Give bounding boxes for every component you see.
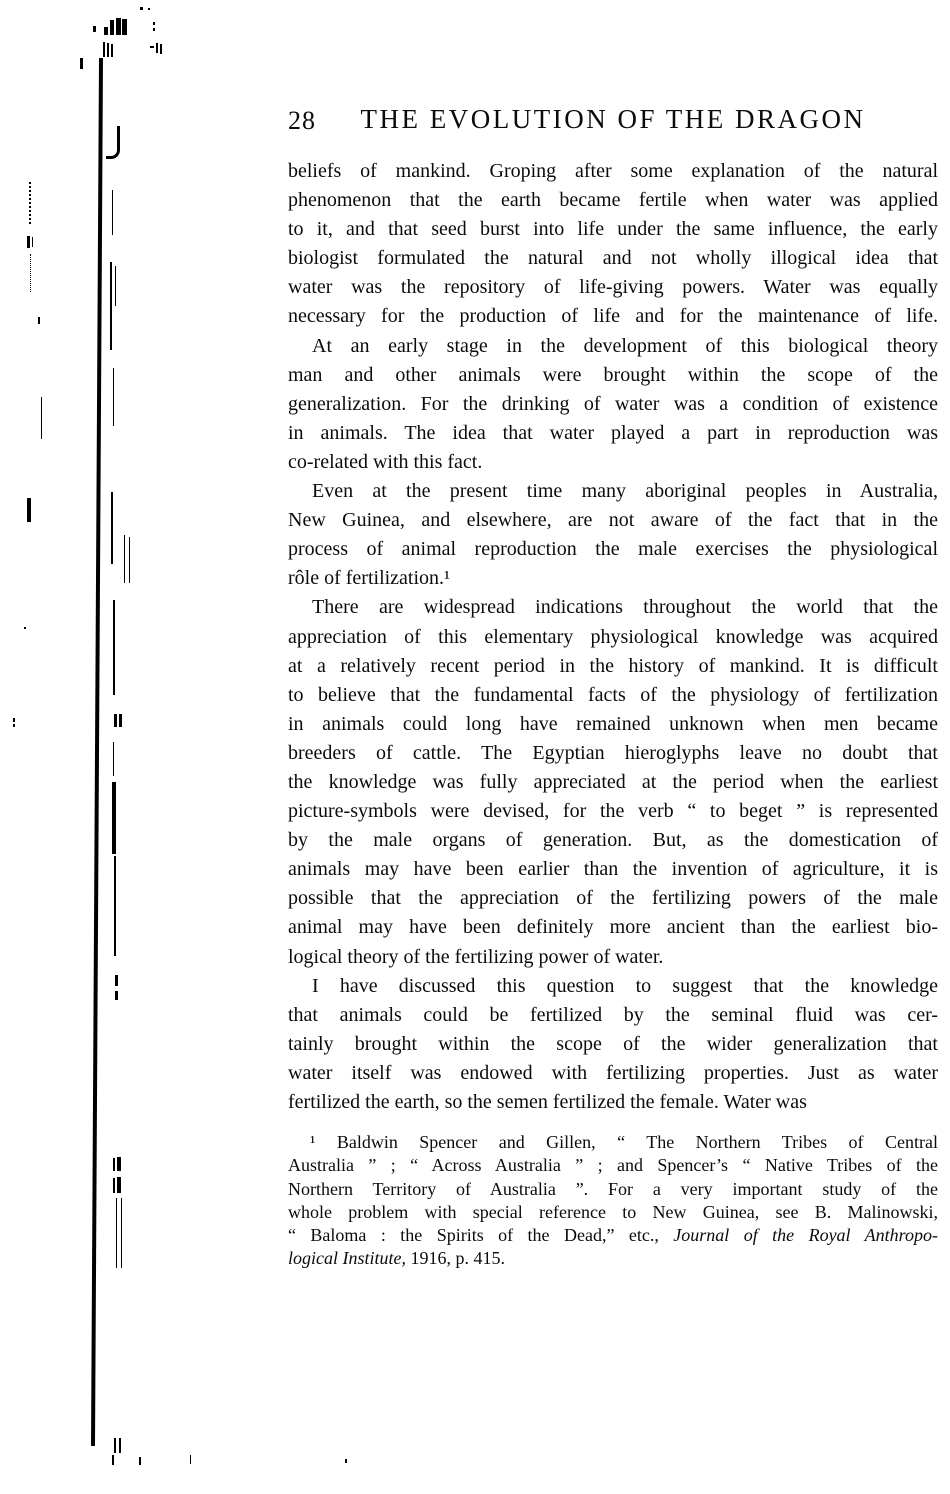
footnote-segment: Northern Territory of Australia ”. For a… bbox=[288, 1179, 938, 1199]
scan-artifact bbox=[153, 22, 155, 25]
scan-artifact bbox=[156, 43, 158, 53]
body-line: to believe that the fundamental facts of… bbox=[288, 681, 938, 710]
footnote-line: Australia ” ; “ Across Australia ” ; and… bbox=[288, 1154, 938, 1177]
body-line: necessary for the production of life and… bbox=[288, 302, 938, 331]
body-line: that animals could be fertilized by the … bbox=[288, 1001, 938, 1030]
scan-artifact bbox=[113, 368, 114, 426]
scan-artifact bbox=[113, 1158, 115, 1171]
footnote: ¹ Baldwin Spencer and Gillen, “ The Nort… bbox=[288, 1131, 938, 1271]
scan-artifact bbox=[30, 254, 31, 292]
scan-artifact bbox=[13, 724, 15, 727]
scan-artifact bbox=[104, 27, 108, 35]
page-number: 28 bbox=[288, 106, 316, 136]
scan-artifact bbox=[110, 20, 114, 35]
body-line: appreciation of this elementary physiolo… bbox=[288, 623, 938, 652]
scan-artifact bbox=[122, 19, 127, 35]
body-line: in animals could long have remained unkn… bbox=[288, 710, 938, 739]
body-line: biologist formulated the natural and not… bbox=[288, 244, 938, 273]
scan-artifact bbox=[115, 991, 118, 1000]
scan-artifact bbox=[29, 182, 31, 224]
scan-artifact bbox=[112, 190, 113, 235]
footnote-segment: 1916, p. 415. bbox=[406, 1248, 505, 1268]
body-line: the knowledge was fully appreciated at t… bbox=[288, 768, 938, 797]
footnote-segment: “ Baloma : the Spirits of the Dead,” etc… bbox=[288, 1225, 673, 1245]
scan-artifact bbox=[13, 718, 15, 722]
scan-artifact bbox=[114, 856, 116, 956]
scan-artifact bbox=[114, 714, 117, 727]
body-line: I have discussed this question to sugges… bbox=[288, 972, 938, 1001]
scan-artifact bbox=[112, 1455, 114, 1465]
scan-artifact bbox=[148, 8, 150, 10]
body-line: by the male organs of generation. But, a… bbox=[288, 826, 938, 855]
scan-artifact bbox=[124, 535, 125, 583]
body-line: water itself was endowed with fertilizin… bbox=[288, 1059, 938, 1088]
scan-artifact bbox=[38, 317, 40, 324]
footnote-italic-segment: logical Institute, bbox=[288, 1248, 406, 1268]
scan-artifact bbox=[153, 28, 155, 31]
scan-artifact bbox=[107, 43, 109, 57]
scan-artifact bbox=[121, 1198, 122, 1268]
scan-artifact bbox=[103, 42, 105, 57]
body-line: There are widespread indications through… bbox=[288, 593, 938, 622]
scan-artifact bbox=[116, 18, 121, 35]
body-line: animal may have been definitely more anc… bbox=[288, 913, 938, 942]
scan-artifact bbox=[111, 44, 113, 57]
body-line: picture-symbols were devised, for the ve… bbox=[288, 797, 938, 826]
footnote-line: “ Baloma : the Spirits of the Dead,” etc… bbox=[288, 1224, 938, 1247]
scan-artifact-binding-line bbox=[91, 58, 103, 1446]
body-line: beliefs of mankind. Groping after some e… bbox=[288, 157, 938, 186]
body-line: process of animal reproduction the male … bbox=[288, 535, 938, 564]
page-header: 28 THE EVOLUTION OF THE DRAGON bbox=[288, 104, 938, 144]
body-line: breeders of cattle. The Egyptian hierogl… bbox=[288, 739, 938, 768]
scan-artifact bbox=[116, 1198, 117, 1268]
scan-artifact bbox=[114, 1438, 116, 1453]
footnote-segment: whole problem with special reference to … bbox=[288, 1202, 938, 1222]
body-line: Even at the present time many aboriginal… bbox=[288, 477, 938, 506]
scan-artifact bbox=[41, 397, 42, 439]
body-line: possible that the appreciation of the fe… bbox=[288, 884, 938, 913]
footnote-line: logical Institute, 1916, p. 415. bbox=[288, 1247, 938, 1270]
scan-artifact bbox=[111, 492, 113, 564]
scan-artifact bbox=[150, 46, 154, 48]
scan-artifact bbox=[345, 1459, 347, 1463]
scan-artifact bbox=[113, 600, 115, 695]
body-line: animals may have been earlier than the i… bbox=[288, 855, 938, 884]
scan-artifact bbox=[140, 7, 143, 10]
body-line: fertilized the earth, so the semen ferti… bbox=[288, 1088, 938, 1117]
body-line: at a relatively recent period in the his… bbox=[288, 652, 938, 681]
scan-artifact bbox=[119, 1438, 121, 1453]
footnote-segment: Australia ” ; “ Across Australia ” ; and… bbox=[288, 1155, 938, 1175]
scan-artifact bbox=[117, 1177, 121, 1193]
body-line: New Guinea, and elsewhere, are not aware… bbox=[288, 506, 938, 535]
scan-artifact bbox=[32, 237, 33, 247]
body-line: to it, and that seed burst into life und… bbox=[288, 215, 938, 244]
running-title: THE EVOLUTION OF THE DRAGON bbox=[288, 104, 938, 135]
scan-artifact bbox=[27, 236, 30, 248]
scan-artifact-hook bbox=[106, 126, 120, 159]
footnote-segment: ¹ Baldwin Spencer and Gillen, “ The Nort… bbox=[310, 1132, 938, 1152]
body-line: in animals. The idea that water played a… bbox=[288, 419, 938, 448]
footnote-line: Northern Territory of Australia ”. For a… bbox=[288, 1178, 938, 1201]
body-line: rôle of fertilization.¹ bbox=[288, 564, 938, 593]
scan-artifact bbox=[113, 742, 114, 776]
body-line: co-related with this fact. bbox=[288, 448, 938, 477]
scan-artifact bbox=[27, 498, 31, 522]
scan-artifact bbox=[24, 627, 26, 629]
scan-artifact bbox=[80, 58, 83, 69]
scan-artifact bbox=[117, 1157, 121, 1171]
scan-artifact bbox=[110, 262, 112, 350]
body-line: phenomenon that the earth became fertile… bbox=[288, 186, 938, 215]
footnote-line: ¹ Baldwin Spencer and Gillen, “ The Nort… bbox=[288, 1131, 938, 1154]
body-line: water was the repository of life-giving … bbox=[288, 273, 938, 302]
scan-artifact bbox=[113, 1178, 115, 1193]
scan-artifact bbox=[129, 537, 130, 583]
scan-artifact bbox=[139, 1457, 141, 1465]
body-line: At an early stage in the development of … bbox=[288, 332, 938, 361]
book-page: 28 THE EVOLUTION OF THE DRAGON beliefs o… bbox=[0, 0, 950, 1494]
body-line: man and other animals were brought withi… bbox=[288, 361, 938, 390]
body-line: tainly brought within the scope of the w… bbox=[288, 1030, 938, 1059]
footnote-italic-segment: Journal of the Royal Anthropo- bbox=[673, 1225, 938, 1245]
scan-artifact bbox=[190, 1455, 191, 1464]
footnote-line: whole problem with special reference to … bbox=[288, 1201, 938, 1224]
body-line: generalization. For the drinking of wate… bbox=[288, 390, 938, 419]
scan-artifact bbox=[112, 782, 116, 854]
scan-artifact bbox=[119, 714, 122, 727]
body-text: beliefs of mankind. Groping after some e… bbox=[288, 157, 938, 1117]
scan-artifact bbox=[115, 975, 118, 986]
body-line: logical theory of the fertilizing power … bbox=[288, 943, 938, 972]
scan-artifact bbox=[93, 26, 96, 32]
scan-artifact bbox=[160, 44, 162, 54]
scan-artifact bbox=[115, 266, 116, 306]
